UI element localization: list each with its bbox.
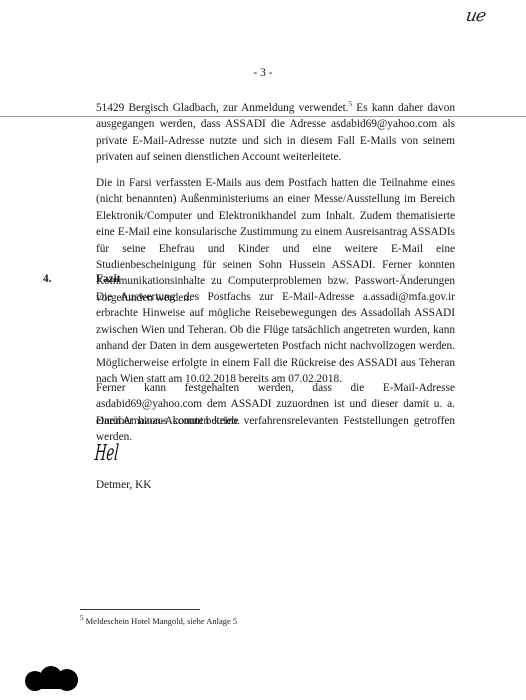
paragraph-text: Darüber hinaus konnten keine verfahrensr…: [96, 413, 455, 446]
section-title: Fazit: [96, 273, 120, 285]
paragraph-5: Darüber hinaus konnten keine verfahrensr…: [96, 413, 455, 446]
section-number: 4.: [43, 273, 51, 285]
paragraph-text: Die in Farsi verfassten E-Mails aus dem …: [96, 175, 455, 306]
signer-name: Detmer, KK: [96, 479, 151, 491]
paragraph-3: Die Auswertung des Postfachs zur E-Mail-…: [96, 289, 455, 387]
paragraph-1: 51429 Bergisch Gladbach, zur Anmeldung v…: [96, 100, 455, 166]
signature: Hel: [94, 441, 120, 466]
handwritten-initials: ue: [464, 6, 487, 26]
paragraph-text: 51429 Bergisch Gladbach, zur Anmeldung v…: [96, 102, 349, 114]
paragraph-2: Die in Farsi verfassten E-Mails aus dem …: [96, 175, 455, 306]
page-number: - 3 -: [0, 67, 526, 79]
footnote-text: Meldeschein Hotel Mangold, siehe Anlage …: [84, 616, 238, 626]
footnote-divider: [80, 609, 200, 610]
footnote: 5 Meldeschein Hotel Mangold, siehe Anlag…: [80, 616, 237, 626]
redaction-mark: [25, 665, 83, 693]
paragraph-text: Die Auswertung des Postfachs zur E-Mail-…: [96, 289, 455, 387]
